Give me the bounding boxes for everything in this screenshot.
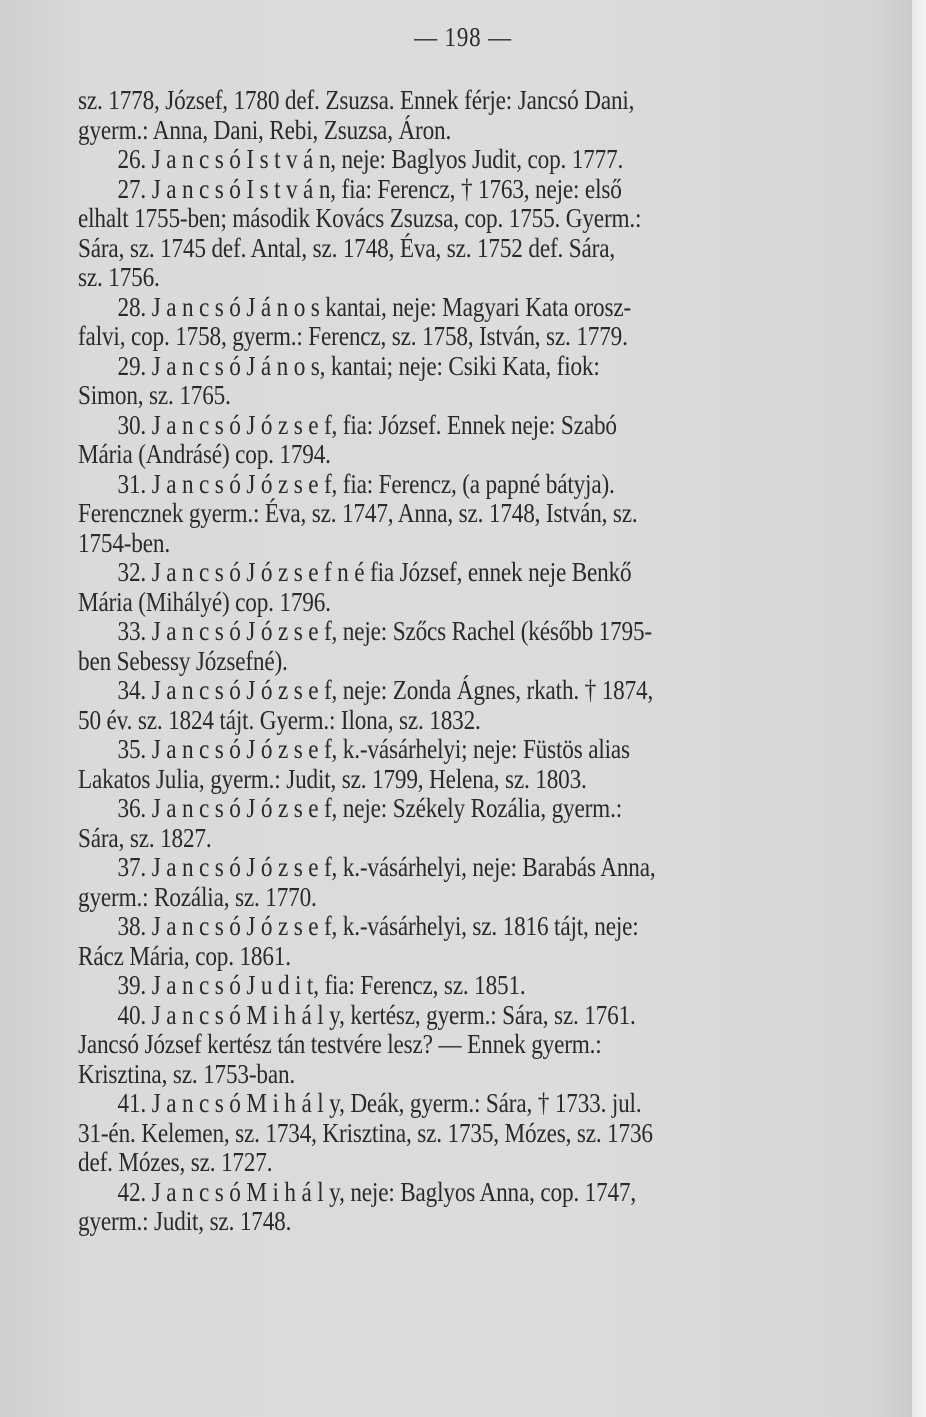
entry-27: 27. J a n c s ó I s t v á n, fia: Ferenc… bbox=[78, 175, 850, 293]
text-line: 34. J a n c s ó J ó z s e f, neje: Zonda… bbox=[78, 676, 742, 706]
text-line: 39. J a n c s ó J u d i t, fia: Ferencz,… bbox=[78, 971, 742, 1001]
text-line: 40. J a n c s ó M i h á l y, kertész, gy… bbox=[78, 1001, 742, 1031]
entry-26: 26. J a n c s ó I s t v á n, neje: Bagly… bbox=[78, 145, 850, 175]
text-line: Simon, sz. 1765. bbox=[78, 381, 742, 411]
text-line: ben Sebessy Józsefné). bbox=[78, 647, 742, 677]
text-line: 26. J a n c s ó I s t v á n, neje: Bagly… bbox=[78, 145, 742, 175]
text-line: 35. J a n c s ó J ó z s e f, k.-vásárhel… bbox=[78, 735, 742, 765]
entry-30: 30. J a n c s ó J ó z s e f, fia: József… bbox=[78, 411, 850, 470]
text-line: 42. J a n c s ó M i h á l y, neje: Bagly… bbox=[78, 1178, 742, 1208]
text-line: 30. J a n c s ó J ó z s e f, fia: József… bbox=[78, 411, 742, 441]
text-line: elhalt 1755-ben; második Kovács Zsuzsa, … bbox=[78, 204, 742, 234]
entry-39: 39. J a n c s ó J u d i t, fia: Ferencz,… bbox=[78, 971, 850, 1001]
text-line: 38. J a n c s ó J ó z s e f, k.-vásárhel… bbox=[78, 912, 742, 942]
text-line: Krisztina, sz. 1753-ban. bbox=[78, 1060, 742, 1090]
text-line: sz. 1778, József, 1780 def. Zsuzsa. Enne… bbox=[78, 86, 742, 116]
text-line: Jancsó József kertész tán testvére lesz?… bbox=[78, 1030, 742, 1060]
entry-32: 32. J a n c s ó J ó z s e f n é fia Józs… bbox=[78, 558, 850, 617]
text-line: Sára, sz. 1745 def. Antal, sz. 1748, Éva… bbox=[78, 234, 742, 264]
text-line: Mária (Mihályé) cop. 1796. bbox=[78, 588, 742, 618]
text-line: Mária (Andrásé) cop. 1794. bbox=[78, 440, 742, 470]
text-line: 32. J a n c s ó J ó z s e f n é fia Józs… bbox=[78, 558, 742, 588]
entry-33: 33. J a n c s ó J ó z s e f, neje: Szőcs… bbox=[78, 617, 850, 676]
page-edge bbox=[912, 0, 926, 1417]
text-line: 27. J a n c s ó I s t v á n, fia: Ferenc… bbox=[78, 175, 742, 205]
text-line: def. Mózes, sz. 1727. bbox=[78, 1148, 742, 1178]
entry-42: 42. J a n c s ó M i h á l y, neje: Bagly… bbox=[78, 1178, 850, 1237]
text-line: 28. J a n c s ó J á n o s kantai, neje: … bbox=[78, 293, 742, 323]
text-line: gyerm.: Anna, Dani, Rebi, Zsuzsa, Áron. bbox=[78, 116, 742, 146]
page-number: — 198 — bbox=[69, 22, 856, 53]
text-line: sz. 1756. bbox=[78, 263, 742, 293]
entry-36: 36. J a n c s ó J ó z s e f, neje: Széke… bbox=[78, 794, 850, 853]
text-line: gyerm.: Rozália, sz. 1770. bbox=[78, 883, 742, 913]
entry-38: 38. J a n c s ó J ó z s e f, k.-vásárhel… bbox=[78, 912, 850, 971]
text-line: 41. J a n c s ó M i h á l y, Deák, gyerm… bbox=[78, 1089, 742, 1119]
text-line: Ferencznek gyerm.: Éva, sz. 1747, Anna, … bbox=[78, 499, 742, 529]
entry-34: 34. J a n c s ó J ó z s e f, neje: Zonda… bbox=[78, 676, 850, 735]
entry-40: 40. J a n c s ó M i h á l y, kertész, gy… bbox=[78, 1001, 850, 1090]
entry-37: 37. J a n c s ó J ó z s e f, k.-vásárhel… bbox=[78, 853, 850, 912]
entry-41: 41. J a n c s ó M i h á l y, Deák, gyerm… bbox=[78, 1089, 850, 1178]
text-line: 50 év. sz. 1824 tájt. Gyerm.: Ilona, sz.… bbox=[78, 706, 742, 736]
text-line: Sára, sz. 1827. bbox=[78, 824, 742, 854]
entry-28: 28. J a n c s ó J á n o s kantai, neje: … bbox=[78, 293, 850, 352]
text-line: 33. J a n c s ó J ó z s e f, neje: Szőcs… bbox=[78, 617, 742, 647]
text-line: 36. J a n c s ó J ó z s e f, neje: Széke… bbox=[78, 794, 742, 824]
text-line: falvi, cop. 1758, gyerm.: Ferencz, sz. 1… bbox=[78, 322, 742, 352]
text-line: Rácz Mária, cop. 1861. bbox=[78, 942, 742, 972]
entry-35: 35. J a n c s ó J ó z s e f, k.-vásárhel… bbox=[78, 735, 850, 794]
text-line: 31-én. Kelemen, sz. 1734, Krisztina, sz.… bbox=[78, 1119, 742, 1149]
text-line: 31. J a n c s ó J ó z s e f, fia: Ferenc… bbox=[78, 470, 742, 500]
text-line: 1754-ben. bbox=[78, 529, 742, 559]
text-line: Lakatos Julia, gyerm.: Judit, sz. 1799, … bbox=[78, 765, 742, 795]
entry-cont: sz. 1778, József, 1780 def. Zsuzsa. Enne… bbox=[78, 86, 850, 145]
page-body: sz. 1778, József, 1780 def. Zsuzsa. Enne… bbox=[78, 86, 850, 1237]
text-line: gyerm.: Judit, sz. 1748. bbox=[78, 1207, 742, 1237]
text-line: 37. J a n c s ó J ó z s e f, k.-vásárhel… bbox=[78, 853, 742, 883]
text-line: 29. J a n c s ó J á n o s, kantai; neje:… bbox=[78, 352, 742, 382]
entry-29: 29. J a n c s ó J á n o s, kantai; neje:… bbox=[78, 352, 850, 411]
entry-31: 31. J a n c s ó J ó z s e f, fia: Ferenc… bbox=[78, 470, 850, 559]
